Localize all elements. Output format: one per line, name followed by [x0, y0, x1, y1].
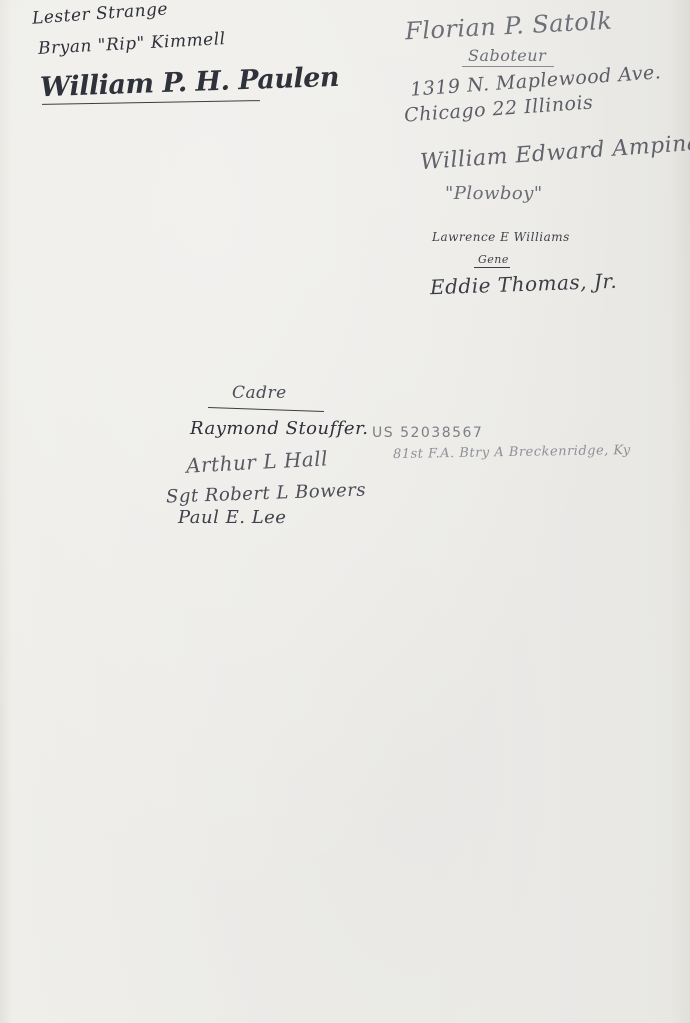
raymond-serial-number: US 52038567	[372, 425, 483, 441]
signature-raymond-stouffer: Raymond Stouffer.	[190, 418, 368, 439]
eddie-nickname: Gene	[478, 253, 509, 266]
signature-william-edward: William Edward Ampinar	[419, 130, 690, 175]
raymond-unit: 81st F.A. Btry A Breckenridge, Ky	[393, 443, 631, 462]
signature-william-paulen: William P. H. Paulen	[40, 62, 340, 103]
signature-lawrence-williams: Lawrence E Williams	[432, 230, 570, 244]
florian-title: Saboteur	[468, 46, 546, 65]
cadre-underline	[208, 407, 324, 412]
signature-page: Lester Strange Bryan "Rip" Kimmell Willi…	[0, 0, 690, 1023]
signature-bryan-kimmell: Bryan "Rip" Kimmell	[38, 29, 226, 59]
signature-lester-strange: Lester Strange	[31, 0, 168, 29]
signature-arthur-hall: Arthur L Hall	[185, 446, 328, 477]
signature-florian-satolk: Florian P. Satolk	[404, 7, 613, 46]
nickname-underline	[474, 267, 510, 268]
title-underline	[462, 66, 554, 67]
signature-robert-bowers: Sgt Robert L Bowers	[166, 480, 367, 508]
signature-paul-lee: Paul E. Lee	[178, 507, 286, 528]
signature-eddie-thomas: Eddie Thomas, Jr.	[430, 269, 618, 300]
cadre-heading: Cadre	[232, 383, 287, 403]
william-edward-nickname: "Plowboy"	[445, 183, 543, 204]
